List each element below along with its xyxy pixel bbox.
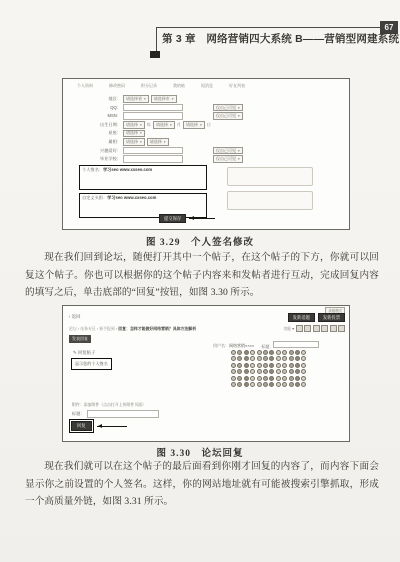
smiley-icon[interactable] xyxy=(282,369,287,374)
bottom-title-row: 标题： xyxy=(72,410,159,418)
smiley-icon[interactable] xyxy=(244,369,249,374)
top-icon[interactable] xyxy=(338,325,345,332)
chapter-title: 第 3 章 网络营销四大系统 B——营销型网建系统 xyxy=(162,31,399,46)
profile-nav-tab[interactable]: 我的帖 xyxy=(173,83,185,89)
post-reply-tag: 发表回复 xyxy=(69,335,91,343)
chevron-down-icon: ▾ xyxy=(140,140,142,144)
form-field-label: 地区： xyxy=(79,96,121,102)
smiley-icon[interactable] xyxy=(257,356,262,361)
profile-form-row: 毕业学校：仅自己可见▾ xyxy=(79,156,339,162)
form-select[interactable]: 请选择▾ xyxy=(147,138,169,146)
smiley-icon[interactable] xyxy=(257,369,262,374)
smiley-icon[interactable] xyxy=(237,376,242,381)
callout-arrow-left-icon xyxy=(97,426,127,427)
smiley-icon[interactable] xyxy=(231,356,236,361)
form-field-label: 星座： xyxy=(79,130,121,136)
callout-arrow-left-icon xyxy=(189,218,215,219)
form-text-input[interactable] xyxy=(123,112,183,120)
smiley-icon[interactable] xyxy=(250,376,255,381)
smiley-icon[interactable] xyxy=(231,350,236,355)
smiley-icon[interactable] xyxy=(237,369,242,374)
smiley-icon[interactable] xyxy=(244,382,249,387)
profile-form-row: 星座：请选择▾ xyxy=(79,130,339,136)
smiley-icon[interactable] xyxy=(237,382,242,387)
form-field-label: MSN： xyxy=(79,113,121,119)
show-signature-option-highlight-box[interactable]: 显示您的个人签名 xyxy=(71,358,112,370)
username-value: 网络营销×××× xyxy=(229,343,254,348)
profile-nav-tabs: 个人资料修改密码积分记录我的帖短消息好友列表 xyxy=(77,83,245,89)
title-label: 标题： xyxy=(261,344,273,349)
form-select[interactable]: 请选择▾ xyxy=(153,121,175,129)
form-select[interactable]: 仅自己可见▾ xyxy=(213,104,243,112)
smiley-icon[interactable] xyxy=(295,382,300,387)
chevron-down-icon: ▾ xyxy=(170,123,172,127)
smiley-icon[interactable] xyxy=(295,356,300,361)
figure-329-caption: 图 3.29 个人签名修改 xyxy=(0,234,400,248)
form-text-input[interactable] xyxy=(123,104,183,112)
smiley-icon[interactable] xyxy=(269,369,274,374)
smiley-icon[interactable] xyxy=(295,369,300,374)
profile-form: 地区：请选择省▾请选择市▾QQ：仅自己可见▾MSN：仅自己可见▾出生日期：请选择… xyxy=(79,96,339,165)
smiley-icon[interactable] xyxy=(263,369,268,374)
reply-meta-row: 用户名：网络营销×××× 标题： xyxy=(213,341,319,350)
smiley-icon[interactable] xyxy=(257,376,262,381)
form-field-label: 属相： xyxy=(79,139,121,145)
chevron-down-icon: ▾ xyxy=(172,97,174,101)
chevron-down-icon: ▾ xyxy=(238,114,240,118)
form-text-input[interactable] xyxy=(123,155,183,163)
tools-label[interactable]: 功能 ▾ xyxy=(283,326,294,332)
form-select[interactable]: 请选择▾ xyxy=(123,121,145,129)
forum-tools-row: 功能 ▾ xyxy=(283,325,345,332)
smiley-icon[interactable] xyxy=(250,356,255,361)
smiley-icon[interactable] xyxy=(289,369,294,374)
signature-section: 个人签名：学习seo www.xxseo.com 自定义头衔：学习seo www… xyxy=(79,165,207,220)
smiley-icon[interactable] xyxy=(263,350,268,355)
smiley-icon[interactable] xyxy=(269,350,274,355)
smiley-icon[interactable] xyxy=(301,382,306,387)
attachment-line[interactable]: 附件：添加附件（点击打开上传附件页面） xyxy=(72,402,146,408)
breadcrumb-current-topic: 回复：怎样才能做好网络营销？具体方法解析 xyxy=(118,326,196,331)
rss-icon[interactable] xyxy=(313,325,320,332)
custom-title-label: 自定义头衔： xyxy=(82,195,107,200)
smiley-icon[interactable] xyxy=(250,363,255,368)
smiley-icon[interactable] xyxy=(257,363,262,368)
form-field-label: 毕业学校： xyxy=(79,156,121,162)
username-label: 用户名： xyxy=(213,343,229,348)
smiley-icon[interactable] xyxy=(289,382,294,387)
smiley-icon[interactable] xyxy=(301,376,306,381)
reply-button[interactable]: 回复 xyxy=(71,421,92,431)
form-select[interactable]: 请选择省▾ xyxy=(123,95,149,103)
body-paragraph-2: 现在我们就可以在这个帖子的最后面看到你刚才回复的内容了，而内容下面会显示你之前设… xyxy=(25,458,379,511)
smiley-icon[interactable] xyxy=(276,382,281,387)
back-link[interactable]: ‹ 返回 xyxy=(69,314,80,320)
profile-form-row: 地区：请选择省▾请选择市▾ xyxy=(79,96,339,102)
profile-nav-tab[interactable]: 短消息 xyxy=(201,83,213,89)
forum-action-button[interactable]: 发新投票 xyxy=(318,313,345,322)
smiley-icon[interactable] xyxy=(269,382,274,387)
form-select[interactable]: 仅自己可见▾ xyxy=(213,147,243,155)
smiley-icon[interactable] xyxy=(282,382,287,387)
profile-form-row: MSN：仅自己可见▾ xyxy=(79,113,339,119)
smiley-icon[interactable] xyxy=(231,369,236,374)
figure-330-caption: 图 3.30 论坛回复 xyxy=(0,445,400,459)
personal-signature-highlight-box[interactable]: 个人签名：学习seo www.xxseo.com xyxy=(79,165,207,190)
title-field: 标题： xyxy=(261,341,319,350)
reply-button-highlight-box: 回复 xyxy=(69,419,94,433)
profile-nav-tab[interactable]: 好友列表 xyxy=(229,83,245,89)
smiley-icon[interactable] xyxy=(282,363,287,368)
bottom-title-label: 标题： xyxy=(72,411,85,417)
chevron-down-icon: ▾ xyxy=(140,131,142,135)
form-field-label: 兴趣爱好： xyxy=(79,148,121,154)
chevron-down-icon: ▾ xyxy=(238,149,240,153)
smiley-icon[interactable] xyxy=(301,350,306,355)
smiley-icon[interactable] xyxy=(289,356,294,361)
chevron-down-icon: ▾ xyxy=(164,140,166,144)
smiley-icon[interactable] xyxy=(289,376,294,381)
smiley-icon[interactable] xyxy=(244,376,249,381)
smiley-icon[interactable] xyxy=(250,350,255,355)
chevron-down-icon: ▾ xyxy=(238,106,240,110)
smiley-icon[interactable] xyxy=(276,356,281,361)
smiley-icon[interactable] xyxy=(295,350,300,355)
favorite-icon[interactable] xyxy=(330,325,337,332)
smiley-icon[interactable] xyxy=(263,356,268,361)
form-unit-text: 日 xyxy=(207,122,211,128)
smiley-icon[interactable] xyxy=(276,369,281,374)
header-vertical-rule xyxy=(156,27,157,52)
smiley-icon[interactable] xyxy=(244,350,249,355)
smiley-icon[interactable] xyxy=(250,382,255,387)
smiley-icon[interactable] xyxy=(276,350,281,355)
smiley-icon[interactable] xyxy=(237,363,242,368)
mail-icon[interactable] xyxy=(321,325,328,332)
smiley-icon[interactable] xyxy=(231,376,236,381)
form-unit-text: 月 xyxy=(177,122,181,128)
custom-title-value: 学习seo www.xxseo.com xyxy=(107,195,156,200)
body-paragraph-1: 现在我们回到论坛，随便打开其中一个帖子，在这个帖子的下方，你就可以回复这个帖子。… xyxy=(25,249,379,302)
smiley-icon[interactable] xyxy=(244,363,249,368)
chevron-down-icon: ▾ xyxy=(140,123,142,127)
bottom-title-input[interactable] xyxy=(87,410,159,418)
smiley-icon[interactable] xyxy=(250,369,255,374)
smiley-icon[interactable] xyxy=(231,382,236,387)
header-rule xyxy=(156,27,384,28)
custom-title-preview-box xyxy=(227,191,313,210)
tool-icons xyxy=(296,325,346,332)
smiley-icon[interactable] xyxy=(269,376,274,381)
form-select[interactable]: 仅自己可见▾ xyxy=(213,112,243,120)
profile-nav-tab[interactable]: 个人资料 xyxy=(77,83,93,89)
smiley-icon[interactable] xyxy=(289,350,294,355)
forum-action-button[interactable]: 发新话题 xyxy=(288,313,315,322)
smiley-icon[interactable] xyxy=(295,363,300,368)
personal-signature-label: 个人签名： xyxy=(82,167,103,172)
smiley-icon[interactable] xyxy=(263,363,268,368)
smiley-icon[interactable] xyxy=(237,350,242,355)
smiley-icon[interactable] xyxy=(289,363,294,368)
smiley-icon[interactable] xyxy=(301,363,306,368)
personal-signature-value: 学习seo www.xxseo.com xyxy=(103,167,152,172)
smiley-icon[interactable] xyxy=(269,356,274,361)
smiley-grid xyxy=(231,350,306,387)
forum-top-buttons: 发新话题发新投票 xyxy=(288,313,345,322)
print-icon[interactable] xyxy=(296,325,303,332)
form-text-input[interactable] xyxy=(123,147,183,155)
figure-330-forum-reply-screenshot: 高级模式 ‹ 返回 发新话题发新投票 论坛 › 站务专区 › 新手报到 › 回复… xyxy=(62,305,350,442)
form-select[interactable]: 请选择市▾ xyxy=(151,95,177,103)
smiley-icon[interactable] xyxy=(269,363,274,368)
profile-nav-tab[interactable]: 修改密码 xyxy=(109,83,125,89)
form-select[interactable]: 仅自己可见▾ xyxy=(213,155,243,163)
reply-button-row: 回复 xyxy=(69,419,127,433)
form-field-label: 出生日期： xyxy=(79,122,121,128)
chevron-down-icon: ▾ xyxy=(144,97,146,101)
chevron-down-icon: ▾ xyxy=(200,123,202,127)
form-unit-text: 年 xyxy=(147,122,151,128)
smiley-icon[interactable] xyxy=(301,369,306,374)
smiley-icon[interactable] xyxy=(263,376,268,381)
form-select[interactable]: 请选择▾ xyxy=(123,130,145,138)
form-select[interactable]: 请选择▾ xyxy=(183,121,205,129)
form-field-label: QQ： xyxy=(79,105,121,111)
submit-button[interactable]: 提交保存 xyxy=(159,214,186,223)
smiley-icon[interactable] xyxy=(301,356,306,361)
breadcrumb-path[interactable]: 论坛 › 站务专区 › 新手报到 › xyxy=(69,326,118,331)
submit-row: 提交保存 xyxy=(159,214,215,223)
smiley-icon[interactable] xyxy=(282,350,287,355)
smiley-icon[interactable] xyxy=(231,363,236,368)
username-field: 用户名：网络营销×××× xyxy=(213,343,254,349)
breadcrumb: 论坛 › 站务专区 › 新手报到 › 回复：怎样才能做好网络营销？具体方法解析 xyxy=(69,326,196,332)
reply-mode-option[interactable]: ✎ 回复帖子 xyxy=(73,350,95,356)
profile-form-row: 兴趣爱好：仅自己可见▾ xyxy=(79,148,339,154)
smiley-icon[interactable] xyxy=(282,356,287,361)
profile-nav-tab[interactable]: 积分记录 xyxy=(141,83,157,89)
smiley-icon[interactable] xyxy=(237,356,242,361)
smiley-icon[interactable] xyxy=(295,376,300,381)
header-square-ornament xyxy=(150,51,160,58)
smiley-icon[interactable] xyxy=(276,363,281,368)
smiley-icon[interactable] xyxy=(263,382,268,387)
profile-form-row: 属相：请选择▾请选择▾ xyxy=(79,139,339,145)
title-input[interactable] xyxy=(273,341,319,348)
signature-preview-box xyxy=(227,167,313,186)
smiley-icon[interactable] xyxy=(257,382,262,387)
smiley-icon[interactable] xyxy=(276,376,281,381)
profile-form-row: 出生日期：请选择▾年请选择▾月请选择▾日 xyxy=(79,122,339,128)
smiley-icon[interactable] xyxy=(282,376,287,381)
smiley-icon[interactable] xyxy=(244,356,249,361)
figure-329-signature-edit-screenshot: 个人资料修改密码积分记录我的帖短消息好友列表 地区：请选择省▾请选择市▾QQ：仅… xyxy=(62,78,350,230)
profile-form-row: QQ：仅自己可见▾ xyxy=(79,105,339,111)
chevron-down-icon: ▾ xyxy=(238,157,240,161)
share-icon[interactable] xyxy=(304,325,311,332)
smiley-icon[interactable] xyxy=(257,350,262,355)
form-select[interactable]: 请选择▾ xyxy=(123,138,145,146)
